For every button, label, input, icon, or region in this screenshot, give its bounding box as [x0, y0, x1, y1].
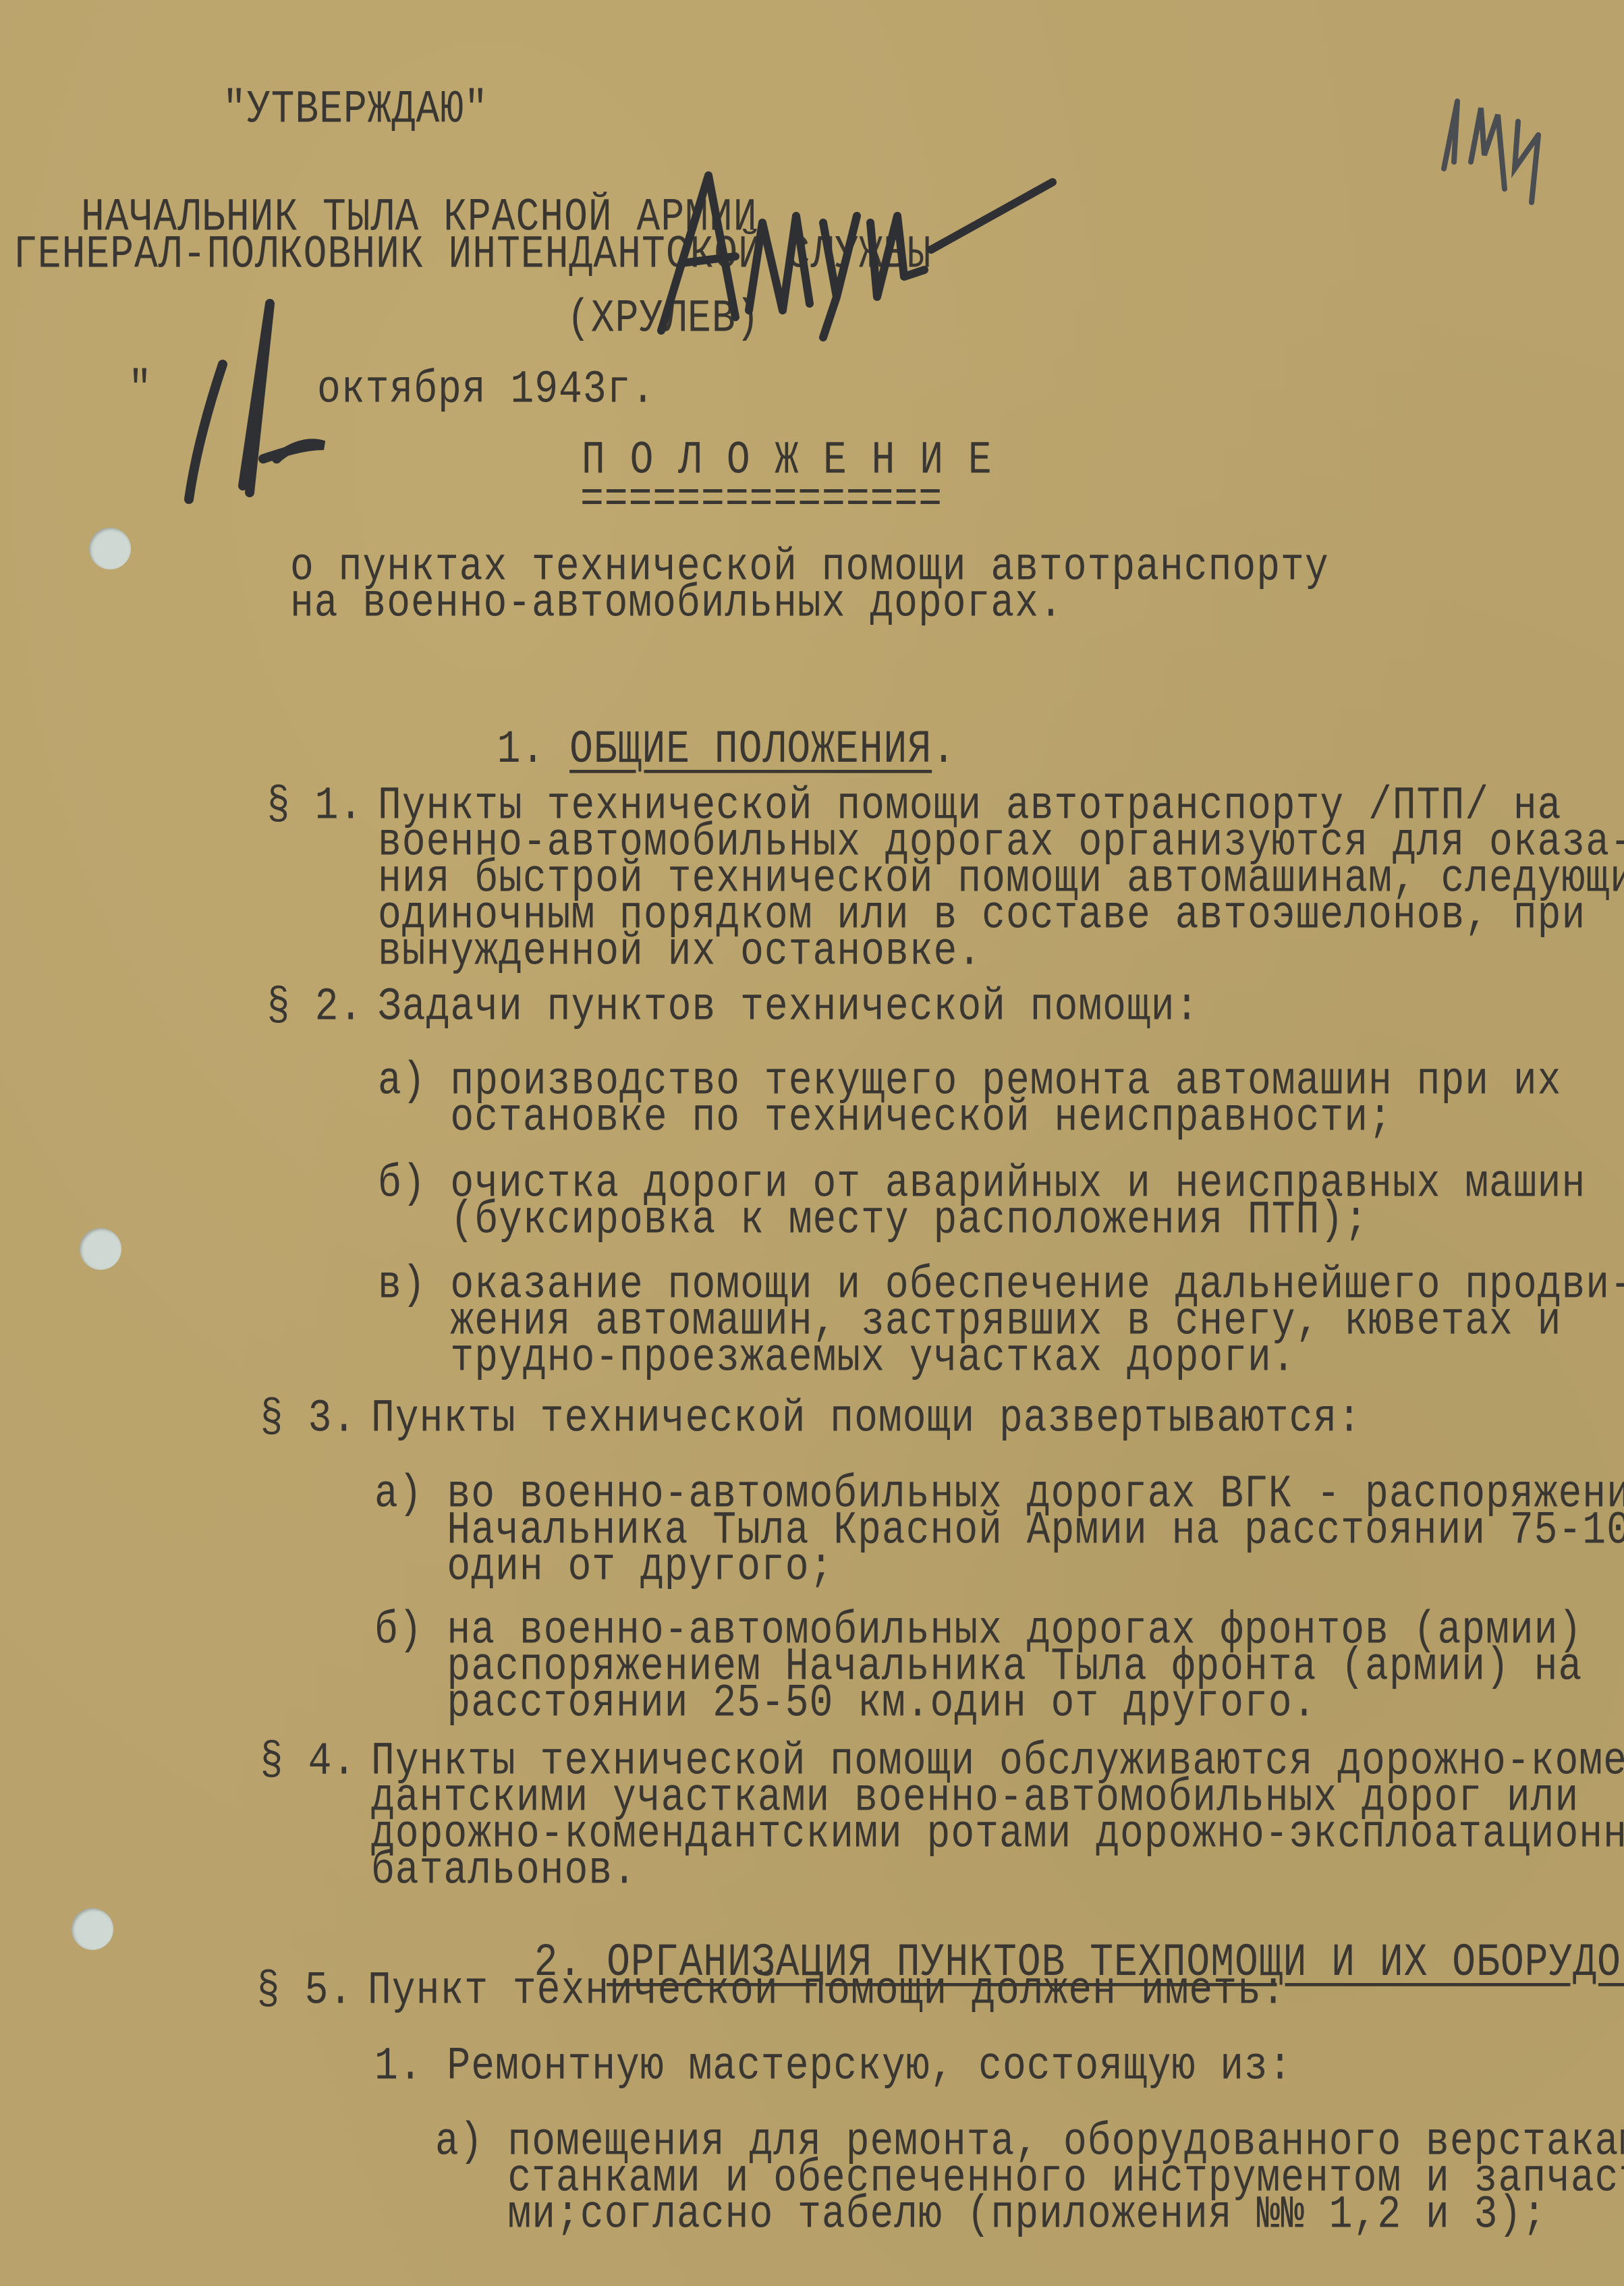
approval-stamp: "УТВЕРЖДАЮ" [223, 88, 488, 134]
subtitle-line-2: на военно-автомобильных дорогах. [290, 582, 1063, 628]
list-item: расстоянии 25-50 км.один от другого. [374, 1681, 1316, 1727]
folio-number-icon [1430, 94, 1579, 209]
punch-hole [72, 1908, 113, 1950]
punch-hole [89, 528, 131, 569]
section-number: 1. [497, 725, 546, 777]
section-1-heading: 1. ОБЩИЕ ПОЛОЖЕНИЯ. [449, 681, 956, 774]
paragraph-text: Задачи пунктов технической помощи: [378, 985, 1199, 1031]
handwritten-day-icon [169, 283, 371, 513]
paragraph-text: батальонов. [371, 1849, 637, 1895]
paragraph-label: § 5. [256, 1969, 353, 2015]
paragraph-label: § 2. [267, 985, 363, 1031]
date-quote: " [128, 368, 152, 414]
title-rule: =============== [580, 478, 943, 524]
list-item: трудно-проезжаемых участках дороги. [378, 1336, 1296, 1382]
paragraph-label: § 3. [260, 1397, 356, 1443]
paragraph-text: Пункты технической помощи развертываются… [371, 1397, 1362, 1443]
paragraph-label: § 1. [267, 784, 363, 830]
signature-icon [634, 142, 1120, 344]
list-item: остановке по технической неисправности; [378, 1096, 1393, 1142]
list-item: (буксировка к месту расположения ПТП); [378, 1198, 1368, 1244]
list-item: ми;согласно табелю (приложения №№ 1,2 и … [435, 2193, 1546, 2239]
punch-hole [80, 1228, 121, 1270]
paragraph-text: вынужденной их остановке. [378, 930, 982, 976]
list-item: 1. Ремонтную мастерскую, состоящую из: [374, 2044, 1293, 2090]
paragraph-label: § 4. [260, 1739, 356, 1785]
paragraph-text: Пункт технической помощи должен иметь: [368, 1969, 1286, 2015]
list-item: один от другого; [374, 1545, 833, 1591]
section-title: ОБЩИЕ ПОЛОЖЕНИЯ [569, 725, 932, 777]
